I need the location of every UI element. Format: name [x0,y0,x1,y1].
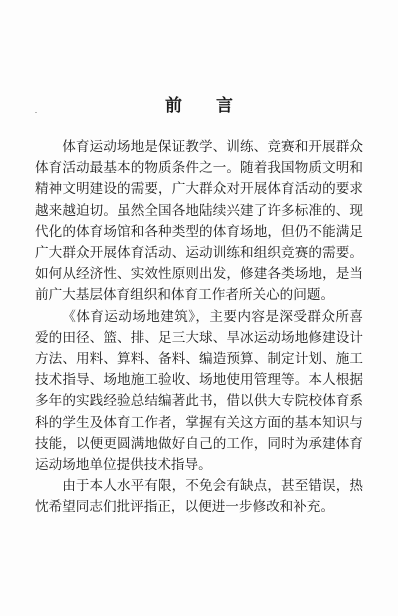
paragraph-3: 由于本人水平有限，不免会有缺点，甚至错误，热忱希望同志们批评指正，以便进一步修改… [35,476,363,518]
paragraph-1: 体育运动场地是保证教学、训练、竞赛和开展群众体育活动最基本的物质条件之一。随着我… [35,137,363,307]
preface-body: 体育运动场地是保证教学、训练、竞赛和开展群众体育活动最基本的物质条件之一。随着我… [35,137,363,519]
document-page: 前 言 体育运动场地是保证教学、训练、竞赛和开展群众体育活动最基本的物质条件之一… [0,0,398,616]
paragraph-2: 《体育运动场地建筑》，主要内容是深受群众所喜爱的田径、篮、排、足三大球、旱冰运动… [35,307,363,477]
page-title: 前 言 [0,95,398,117]
